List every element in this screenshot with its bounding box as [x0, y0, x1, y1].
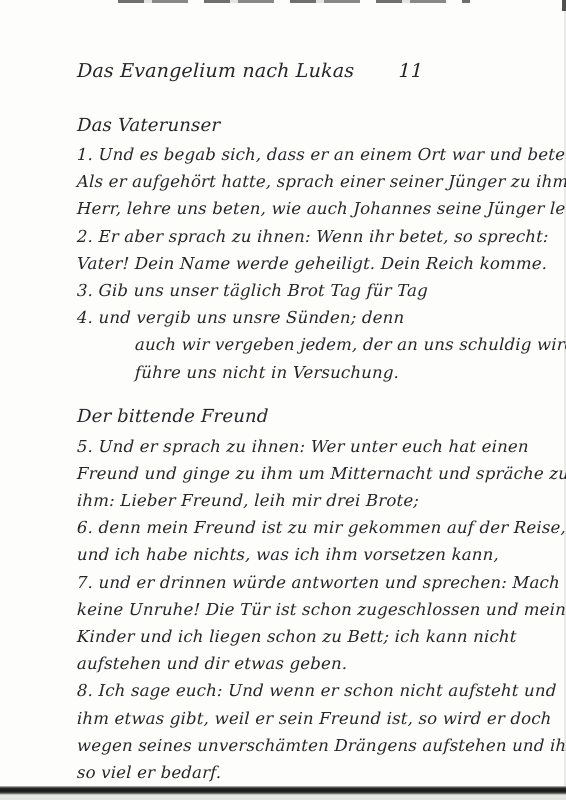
text-line: 4. und vergib uns unsre Sünden; denn	[77, 304, 558, 331]
text-line: aufstehen und dir etwas geben.	[77, 650, 558, 677]
text-line: 7. und er drinnen würde antworten und sp…	[77, 569, 558, 596]
handwritten-content: Das Evangelium nach Lukas 11 Das Vaterun…	[77, 56, 557, 786]
text-line: auch wir vergeben jedem, der an uns schu…	[77, 331, 558, 358]
section-heading-vaterunser: Das Vaterunser	[76, 112, 557, 141]
text-line: wegen seines unverschämten Drängens aufs…	[77, 732, 558, 759]
section-heading-bittende-freund: Der bittende Freund	[76, 403, 557, 432]
text-line: Kinder und ich liegen schon zu Bett; ich…	[77, 623, 558, 650]
text-line: 2. Er aber sprach zu ihnen: Wenn ihr bet…	[77, 223, 558, 250]
text-line: ihm: Lieber Freund, leih mir drei Brote;	[77, 487, 558, 514]
scan-artifact-bottom-edge	[0, 786, 566, 800]
page-number: 11	[398, 60, 423, 82]
scanned-page: Das Evangelium nach Lukas 11 Das Vaterun…	[0, 0, 566, 800]
text-line: Als er aufgehört hatte, sprach einer sei…	[77, 168, 558, 195]
text-line: 3. Gib uns unser täglich Brot Tag für Ta…	[77, 277, 558, 304]
text-line: keine Unruhe! Die Tür ist schon zugeschl…	[77, 596, 558, 623]
page-header: Das Evangelium nach Lukas 11	[76, 56, 557, 88]
text-line: 1. Und es begab sich, dass er an einem O…	[77, 141, 558, 168]
text-line: Freund und ginge zu ihm um Mitternacht u…	[77, 460, 558, 487]
text-line: 8. Ich sage euch: Und wenn er schon nich…	[77, 677, 558, 704]
text-line: Herr, lehre uns beten, wie auch Johannes…	[77, 195, 558, 222]
text-line: Vater! Dein Name werde geheiligt. Dein R…	[77, 250, 558, 277]
text-line: so viel er bedarf.	[77, 759, 558, 786]
text-line: und ich habe nichts, was ich ihm vorsetz…	[77, 541, 558, 568]
page-title: Das Evangelium nach Lukas	[77, 60, 355, 82]
text-line: ihm etwas gibt, weil er sein Freund ist,…	[77, 705, 558, 732]
text-line: 5. Und er sprach zu ihnen: Wer unter euc…	[77, 433, 558, 460]
text-line: führe uns nicht in Versuchung.	[77, 359, 558, 386]
scan-artifact-top-edge	[118, 0, 470, 3]
text-line: 6. denn mein Freund ist zu mir gekommen …	[77, 514, 558, 541]
